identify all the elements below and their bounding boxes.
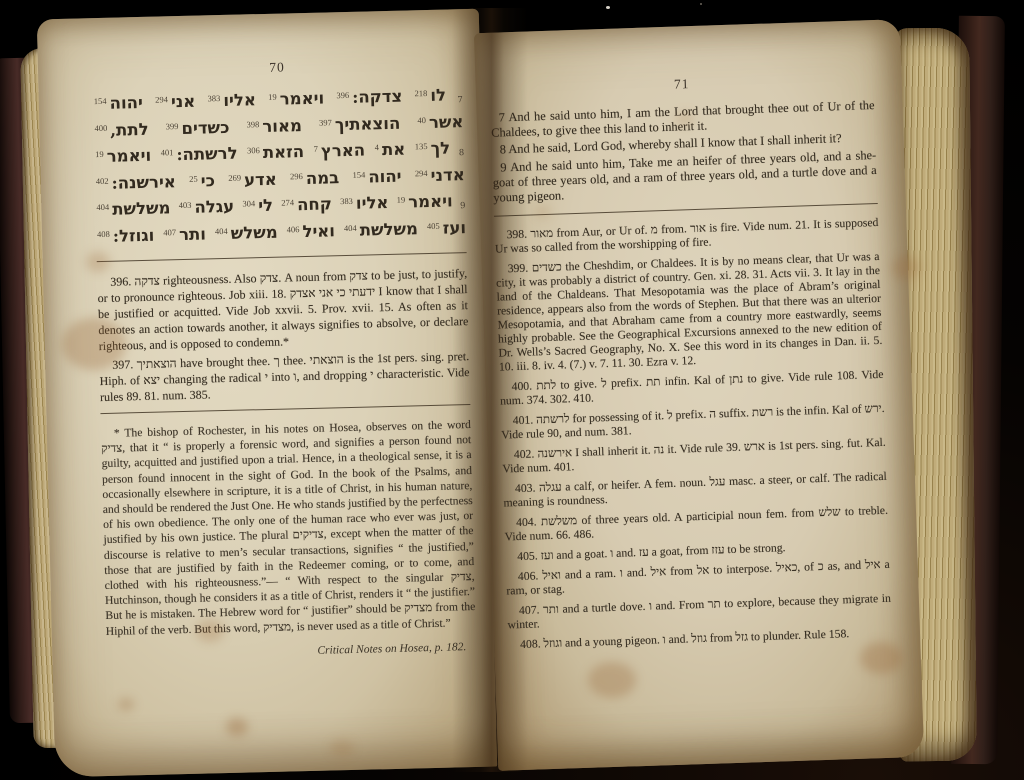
note-number-superscript: 407 — [163, 221, 176, 244]
note-number-superscript: 19 — [268, 86, 277, 109]
note-number-superscript: 294 — [415, 162, 428, 185]
note-number-superscript: 383 — [340, 190, 353, 213]
note-number-superscript: 19 — [396, 189, 405, 212]
hebrew-word: צדקה:396 — [335, 85, 402, 113]
hebrew-word: כשדים399 — [164, 116, 229, 144]
hebrew-word-text: אשר — [429, 110, 464, 134]
hebrew-word-text: משלש — [230, 221, 278, 245]
hebrew-word: הזאת306 — [246, 140, 305, 167]
hebrew-word-text: לתת, — [110, 118, 149, 142]
hebrew-word-text: קחה — [297, 192, 332, 216]
hebrew-word-text: הוצאתיך — [335, 112, 401, 137]
left-page: 70 7לו218צדקה:396ויאמר19אליו383אני294יהו… — [37, 9, 497, 778]
note-entry: 396. צדקה righteousness. Also צדק. A nou… — [97, 265, 469, 354]
book-photo: 70 7לו218צדקה:396ויאמר19אליו383אני294יהו… — [0, 0, 1024, 780]
note-number-superscript: 40 — [417, 109, 426, 132]
verse-number: 9 — [460, 195, 466, 218]
verses-block: 7 And he said unto him, I am the Lord th… — [490, 98, 877, 206]
note-number-superscript: 406 — [286, 218, 299, 241]
divider — [100, 404, 470, 414]
hebrew-word: לרשתה:401 — [159, 142, 238, 170]
hebrew-text-block: 7לו218צדקה:396ויאמר19אליו383אני294יהוה15… — [93, 83, 467, 251]
hebrew-word-text: משלשת — [359, 217, 418, 241]
dust-speck — [606, 6, 610, 9]
hebrew-word-text: אדע — [244, 168, 277, 192]
note-number-superscript: 398 — [246, 113, 259, 136]
hebrew-word-text: אליו — [356, 191, 389, 215]
hebrew-word-text: לך — [430, 136, 450, 159]
note-entry: 399. כשדים the Cheshdim, or Chaldees. It… — [496, 250, 884, 375]
note-number-superscript: 294 — [155, 88, 168, 111]
note-number-superscript: 408 — [97, 223, 110, 246]
note-number-superscript: 135 — [414, 135, 427, 158]
right-page: 71 7 And he said unto him, I am the Lord… — [474, 19, 924, 771]
note-number-superscript: 403 — [178, 194, 191, 217]
hebrew-word-text: עגלה — [194, 195, 234, 219]
note-number-superscript: 218 — [414, 82, 427, 105]
note-number-superscript: 304 — [242, 192, 255, 215]
note-number-superscript: 404 — [344, 217, 357, 240]
hebrew-word: יהוה154 — [351, 165, 402, 192]
hebrew-word-text: ויאמר — [106, 144, 151, 168]
hebrew-word: יהוה154 — [93, 91, 144, 118]
note-entry: 401. לרשתה for possessing of it. ל prefi… — [501, 402, 886, 443]
note-entry: 402. אירשנה I shall inherit it. נה it. V… — [502, 436, 887, 477]
left-notes-block: 396. צדקה righteousness. Also צדק. A nou… — [97, 265, 470, 405]
hebrew-word-text: מאור — [262, 114, 302, 138]
hebrew-word: אירשנה:402 — [95, 170, 177, 198]
hebrew-word-text: משלשת — [112, 196, 171, 220]
note-number-superscript: 306 — [247, 139, 260, 162]
note-entry: 398. מאור from Aur, or Ur of. מ from. או… — [494, 216, 879, 257]
note-number-superscript: 399 — [165, 115, 178, 138]
note-entry: 397. הוצאתיך have brought thee. ך thee. … — [99, 348, 470, 405]
note-number-superscript: 19 — [95, 143, 104, 166]
hebrew-word-text: אליו — [223, 88, 256, 112]
hebrew-word: ויאמר19 — [267, 87, 325, 114]
hebrew-word: משלשת404 — [343, 217, 419, 245]
note-entry: 404. משלשת of three years old. A partici… — [504, 504, 889, 545]
hebrew-word: ויאמר19 — [395, 189, 453, 216]
note-entry: 403. עגלה a calf, or heifer. A fem. noun… — [503, 470, 888, 511]
note-number-superscript: 154 — [352, 164, 365, 187]
hebrew-word-text: צדקה: — [352, 85, 403, 109]
note-number-superscript: 401 — [160, 141, 173, 164]
hebrew-word-text: יהוה — [109, 91, 143, 115]
note-number-superscript: 383 — [207, 87, 220, 110]
note-number-superscript: 154 — [94, 90, 107, 113]
hebrew-word-text: במה — [306, 166, 340, 190]
page-number-left: 70 — [92, 55, 462, 80]
hebrew-word: לי304 — [241, 194, 273, 221]
note-number-superscript: 400 — [94, 117, 107, 140]
divider — [494, 203, 878, 217]
hebrew-word-text: לו — [430, 84, 446, 107]
page-number-right: 71 — [490, 70, 874, 99]
hebrew-word: אשר40 — [416, 110, 464, 137]
verse-number: 7 — [457, 89, 463, 112]
note-number-superscript: 405 — [427, 215, 440, 238]
note-number-superscript: 397 — [319, 111, 332, 134]
dust-speck — [700, 3, 702, 5]
hebrew-word: אני294 — [154, 90, 196, 117]
hebrew-word: קחה274 — [280, 192, 332, 219]
hebrew-word: ותר407 — [162, 222, 206, 249]
hebrew-word-text: ועז — [442, 216, 466, 240]
hebrew-word: אליו383 — [206, 88, 256, 115]
divider — [97, 252, 467, 262]
hebrew-word-text: כי — [200, 169, 215, 192]
hebrew-word: כי25 — [188, 169, 215, 196]
hebrew-word-text: ותר — [179, 222, 206, 246]
hebrew-word: וגוזל:408 — [96, 224, 155, 251]
hebrew-word-text: לרשתה: — [176, 142, 238, 166]
hebrew-word: מאור398 — [245, 114, 302, 141]
footnote-source: Critical Notes on Hosea, p. 182. — [106, 641, 476, 662]
hebrew-word: אדני294 — [414, 163, 465, 190]
hebrew-word: הוצאתיך397 — [318, 112, 401, 140]
hebrew-word-text: ויאמר — [408, 189, 453, 213]
hebrew-word-text: יהוה — [368, 165, 402, 189]
hebrew-word-text: ואיל — [302, 219, 335, 243]
hebrew-word-text: אני — [171, 90, 196, 114]
hebrew-word: לך135 — [414, 136, 451, 163]
hebrew-word: משלשת404 — [95, 196, 171, 224]
note-number-superscript: 25 — [189, 168, 198, 191]
hebrew-word: אליו383 — [339, 191, 389, 218]
note-number-superscript: 396 — [336, 84, 349, 107]
note-entry: 400. לתת to give. ל prefix. תת infin. Ka… — [499, 368, 884, 409]
hebrew-word-text: וגוזל: — [113, 224, 155, 248]
hebrew-word-text: אירשנה: — [111, 170, 176, 195]
hebrew-word: ויאמר19 — [94, 144, 152, 171]
hebrew-word: ועז405 — [426, 216, 467, 243]
hebrew-word: משלש404 — [214, 221, 278, 249]
note-number-superscript: 296 — [290, 165, 303, 188]
hebrew-word: לתת,400 — [93, 118, 149, 145]
hebrew-word: עגלה403 — [177, 195, 234, 222]
hebrew-word-text: הארץ — [321, 139, 366, 163]
hebrew-word-text: לי — [258, 194, 273, 217]
note-number-superscript: 404 — [215, 220, 228, 243]
hebrew-word: במה296 — [289, 166, 340, 193]
note-entry: 406. ואיל and a ram. ו and. איל from אל … — [506, 558, 891, 599]
note-number-superscript: 7 — [313, 138, 318, 161]
hebrew-word-text: אדני — [430, 163, 465, 187]
hebrew-word-text: הזאת — [263, 140, 305, 164]
note-number-superscript: 4 — [374, 136, 379, 159]
hebrew-word-text: כשדים — [181, 116, 229, 140]
hebrew-word: הארץ7 — [312, 139, 365, 166]
hebrew-word-text: ויאמר — [279, 87, 324, 111]
note-number-superscript: 402 — [96, 170, 109, 193]
hebrew-word: את4 — [373, 138, 405, 165]
footnote-text: * The bishop of Rochester, in his notes … — [101, 417, 476, 639]
hebrew-word: אדע269 — [227, 168, 277, 195]
verse-number: 8 — [459, 142, 465, 165]
note-number-superscript: 274 — [281, 191, 294, 214]
note-number-superscript: 404 — [96, 196, 109, 219]
right-notes-block: 398. מאור from Aur, or Ur of. מ from. או… — [494, 216, 892, 652]
note-number-superscript: 269 — [228, 167, 241, 190]
hebrew-word: לו218 — [413, 84, 446, 111]
hebrew-word: ואיל406 — [285, 219, 335, 246]
note-entry: 407. ותר and a turtle dove. ו and. From … — [507, 592, 892, 633]
hebrew-word-text: את — [382, 138, 406, 162]
